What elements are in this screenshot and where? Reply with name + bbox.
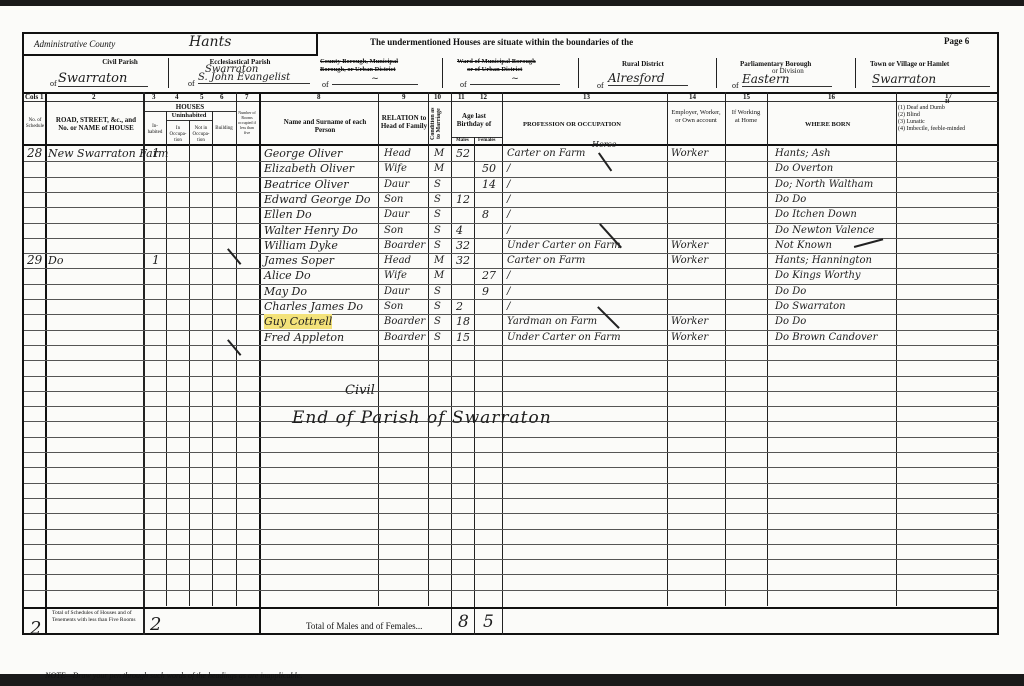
table-row: May DoDaurS9/Do Do — [0, 284, 1000, 299]
row-female-age: 50 — [482, 161, 496, 176]
row-condition: S — [434, 314, 441, 329]
row-male-age: 52 — [456, 146, 470, 161]
row-occupation: / — [507, 223, 510, 238]
row-occupation: / — [507, 299, 510, 314]
table-row: Ellen DoDaurS8/Do Itchen Down — [0, 207, 1000, 222]
row-road: New Swarraton Farm — [48, 146, 168, 161]
row-name: James Soper — [264, 253, 334, 268]
row-name: Ellen Do — [264, 207, 312, 222]
row-employer: Worker — [671, 330, 708, 345]
total-females: 5 — [483, 612, 494, 632]
row-inhabited: 1 — [152, 253, 160, 268]
row-condition: S — [434, 207, 441, 222]
col-header-not-in-occupation: Not in Occupa-tion — [190, 126, 212, 144]
row-where-born: Do Swarraton — [775, 299, 846, 314]
row-relation: Wife — [384, 161, 407, 176]
row-male-age: 18 — [456, 314, 470, 329]
row-occupation: Under Carter on Farm — [507, 330, 621, 345]
row-relation: Daur — [384, 177, 409, 192]
census-page: Administrative County Hants The undermen… — [0, 6, 1024, 674]
row-where-born: Do Kings Worthy — [775, 268, 861, 283]
col-num: 10 — [434, 93, 441, 101]
table-row: Beatrice OliverDaurS14/Do; North Waltham — [0, 177, 1000, 192]
col-num: 9 — [402, 93, 406, 101]
col-header-employer: Employer, Worker, or Own account — [669, 109, 723, 125]
col-header-schedule: No. of Schedule — [25, 118, 45, 130]
row-rule — [24, 590, 999, 591]
row-where-born: Do Brown Candover — [775, 330, 877, 345]
row-relation: Head — [384, 253, 411, 268]
row-rule — [24, 376, 999, 377]
col-num: 14 — [689, 93, 696, 101]
end-note-top: Civil — [345, 383, 375, 398]
row-condition: M — [434, 146, 444, 161]
total-houses: 2 — [150, 614, 161, 635]
row-relation: Son — [384, 299, 403, 314]
row-name: Edward George Do — [264, 192, 371, 207]
row-occupation: / — [507, 207, 510, 222]
row-occupation: Under Carter on Farm — [507, 238, 621, 253]
table-row: William DykeBoarderS32Under Carter on Fa… — [0, 238, 1000, 253]
col-header-where-born: WHERE BORN — [805, 121, 850, 128]
row-where-born: Do Do — [775, 314, 806, 329]
row-where-born: Hants; Ash — [775, 146, 831, 161]
table-row: Fred AppletonBoarderS15Under Carter on F… — [0, 330, 1000, 345]
row-female-age: 14 — [482, 177, 496, 192]
row-employer: Worker — [671, 314, 708, 329]
row-female-age: 8 — [482, 207, 489, 222]
row-condition: S — [434, 177, 441, 192]
col-num: 3 — [152, 93, 156, 101]
row-male-age: 32 — [456, 253, 470, 268]
row-where-born: Hants; Hannington — [775, 253, 872, 268]
row-employer: Worker — [671, 253, 708, 268]
total-males-females-label: Total of Males and of Females... — [306, 621, 422, 631]
col-num: 13 — [583, 93, 590, 101]
table-row: Alice DoWifeM27/Do Kings Worthy — [0, 268, 1000, 283]
col-header-relation: RELATION to Head of Family — [380, 114, 428, 130]
col-num: Cols 1 — [25, 93, 43, 101]
row-schedule: 28 — [27, 146, 42, 161]
row-rule — [24, 452, 999, 453]
end-of-parish-note: End of Parish of Swarraton — [292, 408, 552, 428]
col-header-road: ROAD, STREET, &c., and No. or NAME of HO… — [50, 116, 142, 132]
row-male-age: 4 — [456, 223, 463, 238]
row-relation: Boarder — [384, 314, 425, 329]
col-num: 4 — [175, 93, 179, 101]
row-relation: Son — [384, 223, 403, 238]
row-employer: Worker — [671, 238, 708, 253]
row-rule — [24, 437, 999, 438]
row-where-born: Do Newton Valence — [775, 223, 874, 238]
row-rule — [24, 498, 999, 499]
row-occupation: / — [507, 161, 510, 176]
row-name: Beatrice Oliver — [264, 177, 349, 192]
col-num: 6 — [220, 93, 224, 101]
row-name: George Oliver — [264, 146, 342, 161]
col-header-inhabited: In-habited — [145, 124, 165, 136]
row-where-born: Do; North Waltham — [775, 177, 873, 192]
row-relation: Son — [384, 192, 403, 207]
col-num: 5 — [200, 93, 204, 101]
table-row: 28New Swarraton Farm1George OliverHeadM5… — [0, 146, 1000, 161]
row-relation: Boarder — [384, 330, 425, 345]
row-relation: Daur — [384, 284, 409, 299]
row-rule — [24, 467, 999, 468]
row-occupation-note: Horse — [592, 140, 616, 149]
col-header-occupation: PROFESSION OR OCCUPATION — [523, 121, 621, 128]
row-rule — [24, 345, 999, 346]
row-employer: Worker — [671, 146, 708, 161]
row-where-born: Do Do — [775, 192, 806, 207]
col-header-houses: HOUSES — [144, 103, 236, 111]
col-num: 7 — [245, 93, 249, 101]
row-name: Walter Henry Do — [264, 223, 358, 238]
table-row: Elizabeth OliverWifeM50/Do Overton — [0, 161, 1000, 176]
row-male-age: 2 — [456, 299, 463, 314]
row-name: William Dyke — [264, 238, 338, 253]
row-occupation: / — [507, 284, 510, 299]
row-rule — [24, 529, 999, 530]
row-condition: M — [434, 268, 444, 283]
row-where-born: Do Do — [775, 284, 806, 299]
col-header-infirmity: (1) Deaf and Dumb (2) Blind (3) Lunatic … — [898, 105, 998, 133]
row-female-age: 9 — [482, 284, 489, 299]
totals-rule — [24, 607, 999, 609]
row-male-age: 12 — [456, 192, 470, 207]
table-row: Charles James DoSonS2/Do Swarraton — [0, 299, 1000, 314]
row-condition: S — [434, 192, 441, 207]
row-schedule: 29 — [27, 253, 42, 268]
col-header-females: Females — [478, 138, 496, 144]
row-rule — [24, 559, 999, 560]
col-header-males: Males — [456, 138, 469, 144]
row-male-age: 15 — [456, 330, 470, 345]
rule — [24, 92, 999, 94]
row-rule — [24, 406, 999, 407]
row-name: May Do — [264, 284, 307, 299]
row-rule — [24, 513, 999, 514]
footer-note: NOTE—Draw your pen through such words of… — [45, 671, 302, 680]
col-header-rooms: Number of Rooms occupied if less than fi… — [237, 110, 257, 135]
row-occupation: / — [507, 268, 510, 283]
row-rule — [24, 544, 999, 545]
col-num: 12 — [480, 93, 487, 101]
row-occupation: Yardman on Farm — [507, 314, 597, 329]
row-condition: M — [434, 253, 444, 268]
col-header-in-occupation: In Occupa-tion — [167, 126, 189, 144]
row-where-born: Do Itchen Down — [775, 207, 857, 222]
total-schedules-label: Total of Schedules of Houses and of Tene… — [52, 610, 138, 623]
row-name: Elizabeth Oliver — [264, 161, 354, 176]
row-rule — [24, 360, 999, 361]
row-condition: S — [434, 238, 441, 253]
row-where-born: Do Overton — [775, 161, 833, 176]
row-condition: S — [434, 284, 441, 299]
table-row: 29Do1James SoperHeadM32Carter on FarmWor… — [0, 253, 1000, 268]
col-header-uninhabited: Uninhabited — [166, 112, 212, 119]
col-num: 16 — [828, 93, 835, 101]
col-num: 2 — [92, 93, 96, 101]
col-header-building: Building — [213, 126, 235, 132]
row-condition: S — [434, 223, 441, 238]
row-condition: M — [434, 161, 444, 176]
row-relation: Head — [384, 146, 411, 161]
row-condition: S — [434, 330, 441, 345]
row-occupation: / — [507, 177, 510, 192]
col-num: 15 — [743, 93, 750, 101]
row-name: Guy Cottrell — [264, 314, 332, 329]
col-header-age: Age last Birthday of — [452, 112, 496, 128]
row-name: Alice Do — [264, 268, 311, 283]
row-rule — [24, 391, 999, 392]
row-occupation: Carter on Farm — [507, 146, 585, 161]
row-name: Charles James Do — [264, 299, 363, 314]
row-inhabited: 1 — [152, 146, 160, 161]
table-row: Walter Henry DoSonS4/Do Newton Valence — [0, 223, 1000, 238]
row-rule — [24, 483, 999, 484]
table-row: Edward George DoSonS12/Do Do — [0, 192, 1000, 207]
table-row: Guy CottrellBoarderS18Yardman on FarmWor… — [0, 314, 1000, 329]
row-occupation: Carter on Farm — [507, 253, 585, 268]
row-relation: Wife — [384, 268, 407, 283]
row-condition: S — [434, 299, 441, 314]
col-header-name: Name and Surname of each Person — [275, 118, 375, 134]
row-name: Fred Appleton — [264, 330, 344, 345]
col-num: 8 — [317, 93, 321, 101]
rule — [24, 101, 999, 102]
col-header-working-home: If Working at Home — [729, 109, 763, 125]
row-road: Do — [48, 253, 63, 268]
col-header-condition: Condition as to Marriage — [430, 106, 442, 142]
col-num: 11 — [458, 93, 465, 101]
row-female-age: 27 — [482, 268, 496, 283]
total-schedules: 2 — [30, 618, 41, 639]
row-occupation: / — [507, 192, 510, 207]
row-relation: Boarder — [384, 238, 425, 253]
row-rule — [24, 574, 999, 575]
row-male-age: 32 — [456, 238, 470, 253]
row-where-born: Not Known — [775, 238, 832, 253]
row-relation: Daur — [384, 207, 409, 222]
total-males: 8 — [458, 612, 469, 632]
